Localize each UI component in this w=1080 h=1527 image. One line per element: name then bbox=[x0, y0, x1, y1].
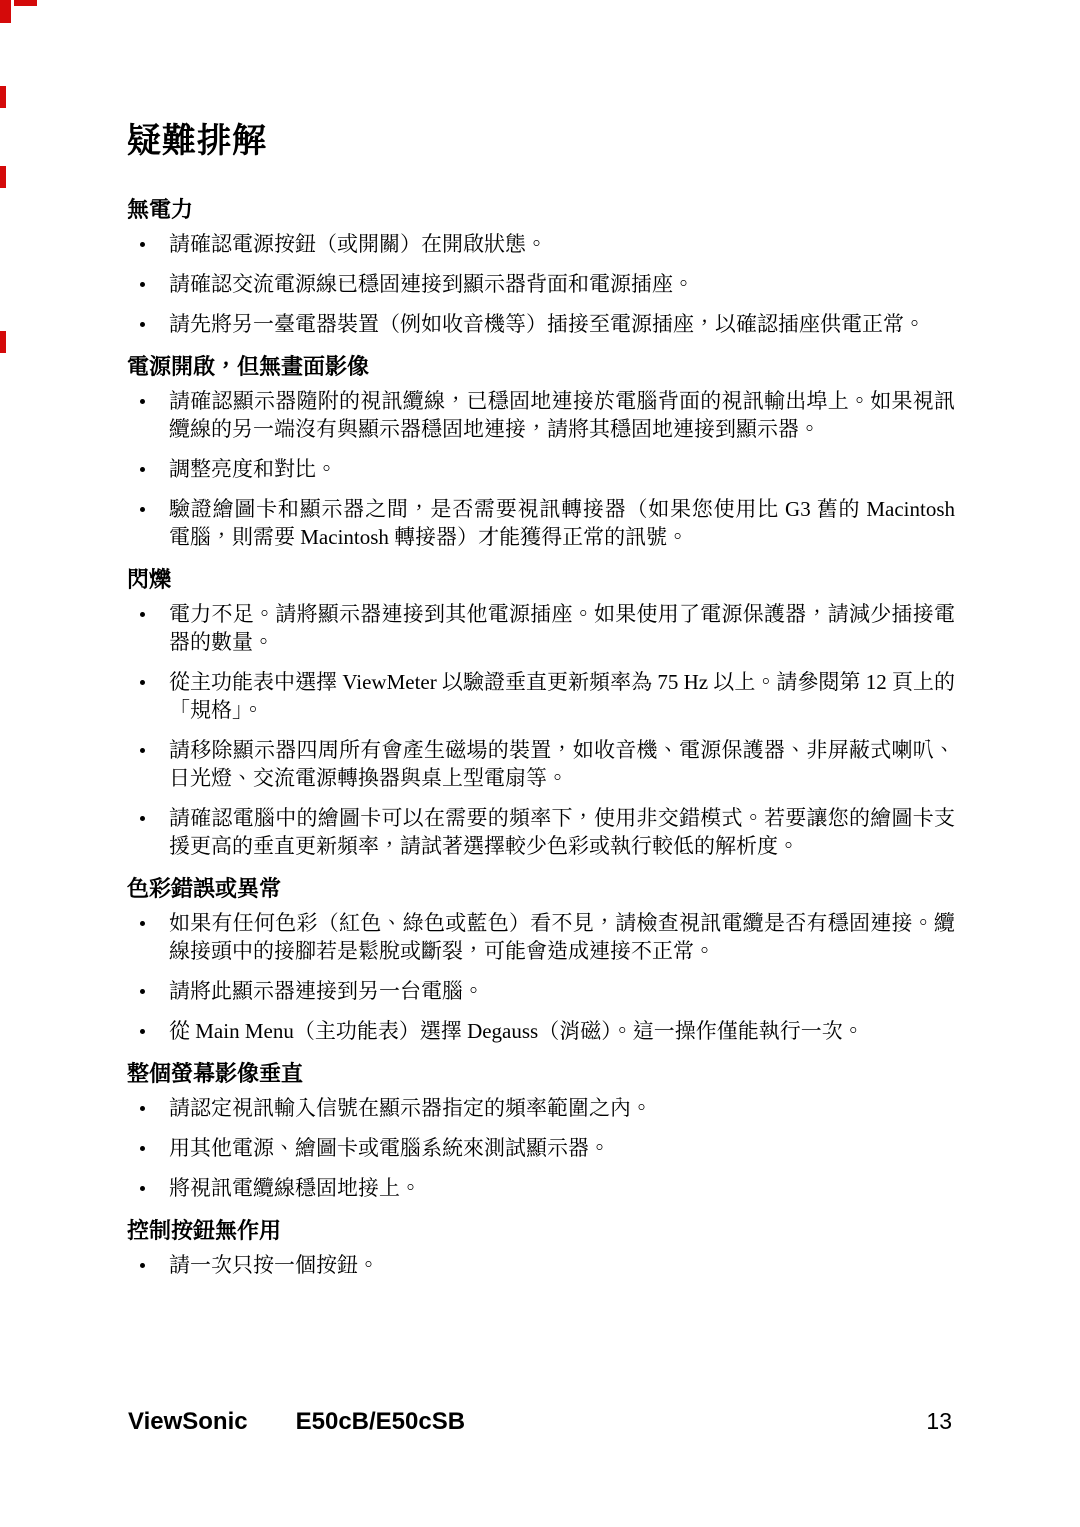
bullet-icon bbox=[140, 399, 145, 404]
bullet-icon bbox=[140, 1029, 145, 1034]
bullet-icon bbox=[140, 242, 145, 247]
list-item: 從 Main Menu（主功能表）選擇 Degauss（消磁）。這一操作僅能執行… bbox=[127, 1017, 957, 1045]
troubleshooting-section: 控制按鈕無作用 請一次只按一個按鈕。 bbox=[127, 1218, 957, 1279]
bullet-list: 如果有任何色彩（紅色、綠色或藍色）看不見，請檢查視訊電纜是否有穩固連接。纜線接頭… bbox=[127, 909, 957, 1045]
list-item: 請移除顯示器四周所有會產生磁場的裝置，如收音機、電源保護器、非屏蔽式喇叭、日光燈… bbox=[127, 736, 957, 792]
list-item: 如果有任何色彩（紅色、綠色或藍色）看不見，請檢查視訊電纜是否有穩固連接。纜線接頭… bbox=[127, 909, 957, 965]
page-content: 疑難排解 無電力 請確認電源按鈕（或開關）在開啟狀態。 請確認交流電源線已穩固連… bbox=[127, 122, 957, 1291]
list-item: 從主功能表中選擇 ViewMeter 以驗證垂直更新頻率為 75 Hz 以上。請… bbox=[127, 668, 957, 724]
page-number: 13 bbox=[926, 1408, 952, 1435]
bullet-list: 請認定視訊輸入信號在顯示器指定的頻率範圍之內。 用其他電源、繪圖卡或電腦系統來測… bbox=[127, 1094, 957, 1202]
page-title: 疑難排解 bbox=[127, 122, 957, 160]
bullet-text: 請先將另一臺電器裝置（例如收音機等）插接至電源插座，以確認插座供電正常。 bbox=[169, 310, 955, 338]
bullet-icon bbox=[140, 816, 145, 821]
troubleshooting-sections: 無電力 請確認電源按鈕（或開關）在開啟狀態。 請確認交流電源線已穩固連接到顯示器… bbox=[127, 197, 957, 1279]
troubleshooting-section: 無電力 請確認電源按鈕（或開關）在開啟狀態。 請確認交流電源線已穩固連接到顯示器… bbox=[127, 197, 957, 338]
bullet-icon bbox=[140, 507, 145, 512]
bullet-text: 從主功能表中選擇 ViewMeter 以驗證垂直更新頻率為 75 Hz 以上。請… bbox=[169, 668, 955, 724]
bullet-icon bbox=[140, 989, 145, 994]
troubleshooting-section: 閃爍 電力不足。請將顯示器連接到其他電源插座。如果使用了電源保護器，請減少插接電… bbox=[127, 567, 957, 860]
bullet-icon bbox=[140, 322, 145, 327]
model-name: E50cB/E50cSB bbox=[296, 1408, 465, 1435]
bullet-text: 請一次只按一個按鈕。 bbox=[169, 1251, 955, 1279]
bullet-text: 請確認電源按鈕（或開關）在開啟狀態。 bbox=[169, 230, 955, 258]
red-edge-mark bbox=[0, 166, 6, 188]
red-edge-mark bbox=[0, 86, 6, 108]
list-item: 將視訊電纜線穩固地接上。 bbox=[127, 1174, 957, 1202]
bullet-icon bbox=[140, 612, 145, 617]
bullet-text: 從 Main Menu（主功能表）選擇 Degauss（消磁）。這一操作僅能執行… bbox=[169, 1017, 955, 1045]
section-heading: 電源開啟，但無畫面影像 bbox=[127, 354, 957, 380]
bullet-text: 請確認電腦中的繪圖卡可以在需要的頻率下，使用非交錯模式。若要讓您的繪圖卡支援更高… bbox=[169, 804, 955, 860]
bullet-icon bbox=[140, 921, 145, 926]
bullet-icon bbox=[140, 1146, 145, 1151]
list-item: 請確認電源按鈕（或開關）在開啟狀態。 bbox=[127, 230, 957, 258]
bullet-text: 如果有任何色彩（紅色、綠色或藍色）看不見，請檢查視訊電纜是否有穩固連接。纜線接頭… bbox=[169, 909, 955, 965]
brand-name: ViewSonic bbox=[128, 1408, 248, 1435]
bullet-list: 電力不足。請將顯示器連接到其他電源插座。如果使用了電源保護器，請減少插接電器的數… bbox=[127, 600, 957, 860]
page-footer: ViewSonicE50cB/E50cSB 13 bbox=[128, 1408, 952, 1436]
list-item: 請一次只按一個按鈕。 bbox=[127, 1251, 957, 1279]
bullet-text: 用其他電源、繪圖卡或電腦系統來測試顯示器。 bbox=[169, 1134, 955, 1162]
section-heading: 閃爍 bbox=[127, 567, 957, 593]
bullet-text: 電力不足。請將顯示器連接到其他電源插座。如果使用了電源保護器，請減少插接電器的數… bbox=[169, 600, 955, 656]
bullet-text: 將視訊電纜線穩固地接上。 bbox=[169, 1174, 955, 1202]
manual-page: 疑難排解 無電力 請確認電源按鈕（或開關）在開啟狀態。 請確認交流電源線已穩固連… bbox=[0, 0, 1080, 1527]
list-item: 請確認電腦中的繪圖卡可以在需要的頻率下，使用非交錯模式。若要讓您的繪圖卡支援更高… bbox=[127, 804, 957, 860]
bullet-list: 請確認顯示器隨附的視訊纜線，已穩固地連接於電腦背面的視訊輸出埠上。如果視訊纜線的… bbox=[127, 387, 957, 551]
list-item: 請先將另一臺電器裝置（例如收音機等）插接至電源插座，以確認插座供電正常。 bbox=[127, 310, 957, 338]
troubleshooting-section: 整個螢幕影像垂直 請認定視訊輸入信號在顯示器指定的頻率範圍之內。 用其他電源、繪… bbox=[127, 1061, 957, 1202]
troubleshooting-section: 色彩錯誤或異常 如果有任何色彩（紅色、綠色或藍色）看不見，請檢查視訊電纜是否有穩… bbox=[127, 876, 957, 1045]
troubleshooting-section: 電源開啟，但無畫面影像 請確認顯示器隨附的視訊纜線，已穩固地連接於電腦背面的視訊… bbox=[127, 354, 957, 551]
list-item: 電力不足。請將顯示器連接到其他電源插座。如果使用了電源保護器，請減少插接電器的數… bbox=[127, 600, 957, 656]
section-heading: 無電力 bbox=[127, 197, 957, 223]
list-item: 調整亮度和對比。 bbox=[127, 455, 957, 483]
bullet-icon bbox=[140, 1263, 145, 1268]
red-edge-mark bbox=[0, 331, 6, 353]
bullet-list: 請一次只按一個按鈕。 bbox=[127, 1251, 957, 1279]
bullet-text: 請認定視訊輸入信號在顯示器指定的頻率範圍之內。 bbox=[169, 1094, 955, 1122]
red-edge-mark bbox=[14, 0, 37, 6]
bullet-list: 請確認電源按鈕（或開關）在開啟狀態。 請確認交流電源線已穩固連接到顯示器背面和電… bbox=[127, 230, 957, 338]
bullet-text: 調整亮度和對比。 bbox=[169, 455, 955, 483]
bullet-text: 請確認交流電源線已穩固連接到顯示器背面和電源插座。 bbox=[169, 270, 955, 298]
bullet-icon bbox=[140, 680, 145, 685]
section-heading: 控制按鈕無作用 bbox=[127, 1218, 957, 1244]
list-item: 用其他電源、繪圖卡或電腦系統來測試顯示器。 bbox=[127, 1134, 957, 1162]
footer-left: ViewSonicE50cB/E50cSB bbox=[128, 1408, 465, 1436]
bullet-text: 請將此顯示器連接到另一台電腦。 bbox=[169, 977, 955, 1005]
bullet-text: 請確認顯示器隨附的視訊纜線，已穩固地連接於電腦背面的視訊輸出埠上。如果視訊纜線的… bbox=[169, 387, 955, 443]
bullet-icon bbox=[140, 282, 145, 287]
list-item: 驗證繪圖卡和顯示器之間，是否需要視訊轉接器（如果您使用比 G3 舊的 Macin… bbox=[127, 495, 957, 551]
list-item: 請認定視訊輸入信號在顯示器指定的頻率範圍之內。 bbox=[127, 1094, 957, 1122]
list-item: 請將此顯示器連接到另一台電腦。 bbox=[127, 977, 957, 1005]
bullet-text: 請移除顯示器四周所有會產生磁場的裝置，如收音機、電源保護器、非屏蔽式喇叭、日光燈… bbox=[169, 736, 955, 792]
bullet-icon bbox=[140, 1186, 145, 1191]
bullet-icon bbox=[140, 467, 145, 472]
section-heading: 整個螢幕影像垂直 bbox=[127, 1061, 957, 1087]
red-edge-mark bbox=[0, 0, 11, 23]
bullet-text: 驗證繪圖卡和顯示器之間，是否需要視訊轉接器（如果您使用比 G3 舊的 Macin… bbox=[169, 495, 955, 551]
list-item: 請確認交流電源線已穩固連接到顯示器背面和電源插座。 bbox=[127, 270, 957, 298]
section-heading: 色彩錯誤或異常 bbox=[127, 876, 957, 902]
bullet-icon bbox=[140, 748, 145, 753]
bullet-icon bbox=[140, 1106, 145, 1111]
list-item: 請確認顯示器隨附的視訊纜線，已穩固地連接於電腦背面的視訊輸出埠上。如果視訊纜線的… bbox=[127, 387, 957, 443]
